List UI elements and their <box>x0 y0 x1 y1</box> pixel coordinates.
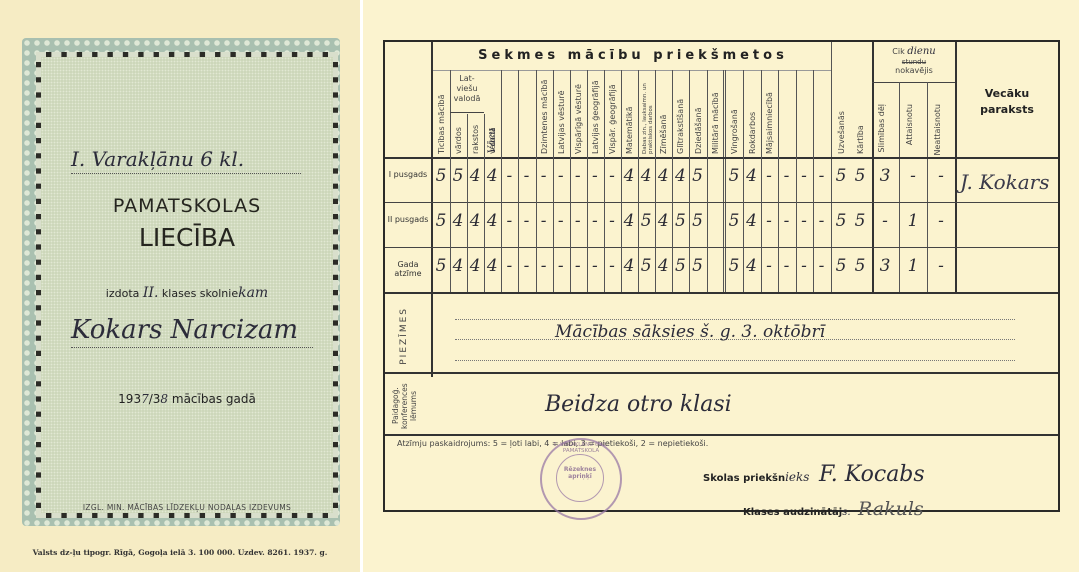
report-page: Sekmes mācību priekšmetos Cik dienu stun… <box>363 0 1079 572</box>
title-pamatskolas: PAMATSKOLAS <box>41 195 333 217</box>
row-label-term1: I pusgads <box>385 170 431 179</box>
teacher-signature: Rakuls <box>858 498 924 520</box>
grade-cell: - <box>587 256 603 276</box>
subject-header: Kārtība <box>856 76 865 154</box>
grade-cell: - <box>570 166 586 186</box>
issued-line: izdota II. klases skolniekam <box>41 285 333 301</box>
report-sheet: Sekmes mācību priekšmetos Cik dienu stun… <box>383 40 1060 512</box>
absence-cell: - <box>933 166 949 186</box>
absence-cell: 3 <box>877 256 893 276</box>
grade-cell: - <box>779 256 795 276</box>
absence-cell: - <box>877 211 893 231</box>
grade-cell: - <box>587 166 603 186</box>
absence-cell: - <box>905 166 921 186</box>
grade-cell: - <box>761 211 777 231</box>
grade-cell: 4 <box>467 166 483 186</box>
grade-cell: - <box>761 166 777 186</box>
subject-header: Latvijas ģeogrāfijā <box>591 76 600 154</box>
subject-header: Vispārīgā vēsturē <box>574 76 583 154</box>
parents-signature-header: Vecāku paraksts <box>957 86 1057 118</box>
subject-header: Dziedāšanā <box>694 76 703 154</box>
grade-cell: - <box>501 256 517 276</box>
absence-cell: 3 <box>877 166 893 186</box>
grade-cell: - <box>570 211 586 231</box>
grade-cell: 4 <box>484 256 500 276</box>
subject-header: Matemātikā <box>625 76 634 154</box>
grade-cell: - <box>501 166 517 186</box>
grade-cell: 5 <box>726 256 742 276</box>
grade-cell: 5 <box>433 211 449 231</box>
school-stamp: Rēzeknes apriņķī 1. VARAKĻĀNU 6-KL. PAMA… <box>540 438 622 520</box>
council-decision: Beidza otro klasi <box>545 392 732 417</box>
latvian-group-header: Lat-viešu valodā <box>450 74 484 104</box>
grade-cell: - <box>519 211 535 231</box>
grade-cell: - <box>796 211 812 231</box>
subject-header: Vispār. ģeogrāfijā <box>608 76 617 154</box>
grade-cell: - <box>553 211 569 231</box>
grade-cell: 4 <box>450 256 466 276</box>
grade-cell: 4 <box>744 256 760 276</box>
grade-cell: - <box>779 211 795 231</box>
grade-cell: 4 <box>655 166 671 186</box>
subject-header: Zīmēšanā <box>659 76 668 154</box>
grade-cell: - <box>536 256 552 276</box>
grade-cell: 5 <box>690 166 706 186</box>
head-signature: F. Kocabs <box>819 462 925 487</box>
grade-cell: - <box>779 166 795 186</box>
grade-cell: - <box>796 166 812 186</box>
subject-header: Vingrošanā <box>730 76 739 154</box>
subject-header: Militārā mācībā <box>711 76 720 154</box>
grade-cell: 5 <box>690 211 706 231</box>
grade-cell: 4 <box>672 166 688 186</box>
grade-cell: 4 <box>450 211 466 231</box>
grade-cell: 4 <box>621 256 637 276</box>
absence-cell: - <box>933 256 949 276</box>
class-number: II. <box>143 285 159 301</box>
grade-cell: 5 <box>638 256 654 276</box>
grade-cell: - <box>587 211 603 231</box>
teacher-signature-line: Klases audzinātājs. Rakuls <box>743 498 924 520</box>
grade-cell: 4 <box>655 256 671 276</box>
grade-cell: 4 <box>484 166 500 186</box>
foreign-language: Vācu <box>487 128 498 153</box>
absence-cell: 1 <box>905 211 921 231</box>
grade-cell: - <box>761 256 777 276</box>
subject-header: Mājsaimniecībā <box>765 76 774 154</box>
grade-cell: 4 <box>638 166 654 186</box>
grade-cell: - <box>604 256 620 276</box>
grade-cell: 4 <box>621 211 637 231</box>
grade-cell: 5 <box>833 256 849 276</box>
cover-frame: I. Varakļānu 6 kl. PAMATSKOLAS LIECĪBA i… <box>36 52 338 518</box>
publisher-text: IZGL. MIN. MĀCĪBAS LĪDZEKĻU NODAĻAS IZDE… <box>41 503 333 512</box>
subject-header: Glītrakstīšanā <box>676 76 685 154</box>
grade-cell: - <box>519 256 535 276</box>
subject-header: Latvijas vēsturē <box>557 76 566 154</box>
row-label-year: Gada atzīme <box>385 260 431 278</box>
grade-cell: - <box>604 166 620 186</box>
grade-cell: 5 <box>690 256 706 276</box>
grade-cell: 5 <box>433 166 449 186</box>
grade-cell: - <box>796 256 812 276</box>
subject-header: Uzvešanās <box>837 76 846 154</box>
grade-cell: - <box>536 211 552 231</box>
subjects-header: Sekmes mācību priekšmetos <box>433 48 833 63</box>
absence-col-excused: Attaisnotu <box>905 104 914 145</box>
grade-cell: 5 <box>833 166 849 186</box>
subject-header: Dabas zin., lauksaimn. un praktiskos dar… <box>642 76 656 154</box>
row-label-term2: II pusgads <box>385 215 431 224</box>
absence-col-unexcused: Neattaisnotu <box>933 104 942 156</box>
grade-cell: - <box>519 166 535 186</box>
grade-cell: - <box>553 256 569 276</box>
cover-page: I. Varakļānu 6 kl. PAMATSKOLAS LIECĪBA i… <box>0 0 360 572</box>
grade-cell: - <box>604 211 620 231</box>
printer-imprint: Valsts dz-ļu tipogr. Rīgā, Gogoļa ielā 3… <box>0 548 360 557</box>
subject-header: Ticības mācībā <box>437 76 446 154</box>
grade-cell: 5 <box>833 211 849 231</box>
grade-cell: 4 <box>655 211 671 231</box>
absence-header: Cik dienu stundu nokavējis <box>873 46 955 75</box>
school-year: 1937/38 mācības gadā <box>41 392 333 406</box>
council-label: Paidagoģ. konferences lēmums <box>391 382 427 430</box>
grade-cell: 5 <box>852 256 868 276</box>
grade-cell: 4 <box>467 256 483 276</box>
grade-cell: - <box>501 211 517 231</box>
grade-cell: - <box>570 256 586 276</box>
subject-header: vārdos <box>454 120 463 154</box>
grade-cell: 4 <box>744 166 760 186</box>
notes-label: PIEZĪMES <box>399 307 409 365</box>
grade-cell: - <box>814 166 830 186</box>
head-signature-line: Skolas priekšnieks F. Kocabs <box>703 462 925 487</box>
grade-cell: - <box>814 211 830 231</box>
absence-cell: 1 <box>905 256 921 276</box>
school-name: I. Varakļānu 6 kl. <box>71 147 301 174</box>
absence-cell: - <box>933 211 949 231</box>
student-name: Kokars Narcizam <box>71 315 313 348</box>
grade-cell: 5 <box>852 211 868 231</box>
grade-cell: 5 <box>450 166 466 186</box>
grade-cell: 4 <box>467 211 483 231</box>
subject-header: Dzimtenes mācībā <box>540 76 549 154</box>
grade-cell: - <box>553 166 569 186</box>
grade-cell: 4 <box>744 211 760 231</box>
subject-header: rakstos <box>471 120 480 154</box>
notes-text: Mācības sāksies š. g. 3. oktōbrī <box>555 322 895 342</box>
grade-cell: 5 <box>638 211 654 231</box>
absence-col-illness: Slimības dēļ <box>877 104 886 152</box>
grade-cell: 5 <box>433 256 449 276</box>
grade-cell: 4 <box>484 211 500 231</box>
title-liecība: LIECĪBA <box>41 223 333 252</box>
grade-cell: - <box>536 166 552 186</box>
grade-cell: 5 <box>672 256 688 276</box>
parent-signature: J. Kokars <box>960 170 1050 194</box>
grade-cell: - <box>814 256 830 276</box>
grade-cell: 4 <box>621 166 637 186</box>
grade-cell: 5 <box>726 166 742 186</box>
grade-cell: 5 <box>726 211 742 231</box>
grade-cell: 5 <box>672 211 688 231</box>
subject-header: Rokdarbos <box>748 76 757 154</box>
grade-cell: 5 <box>852 166 868 186</box>
